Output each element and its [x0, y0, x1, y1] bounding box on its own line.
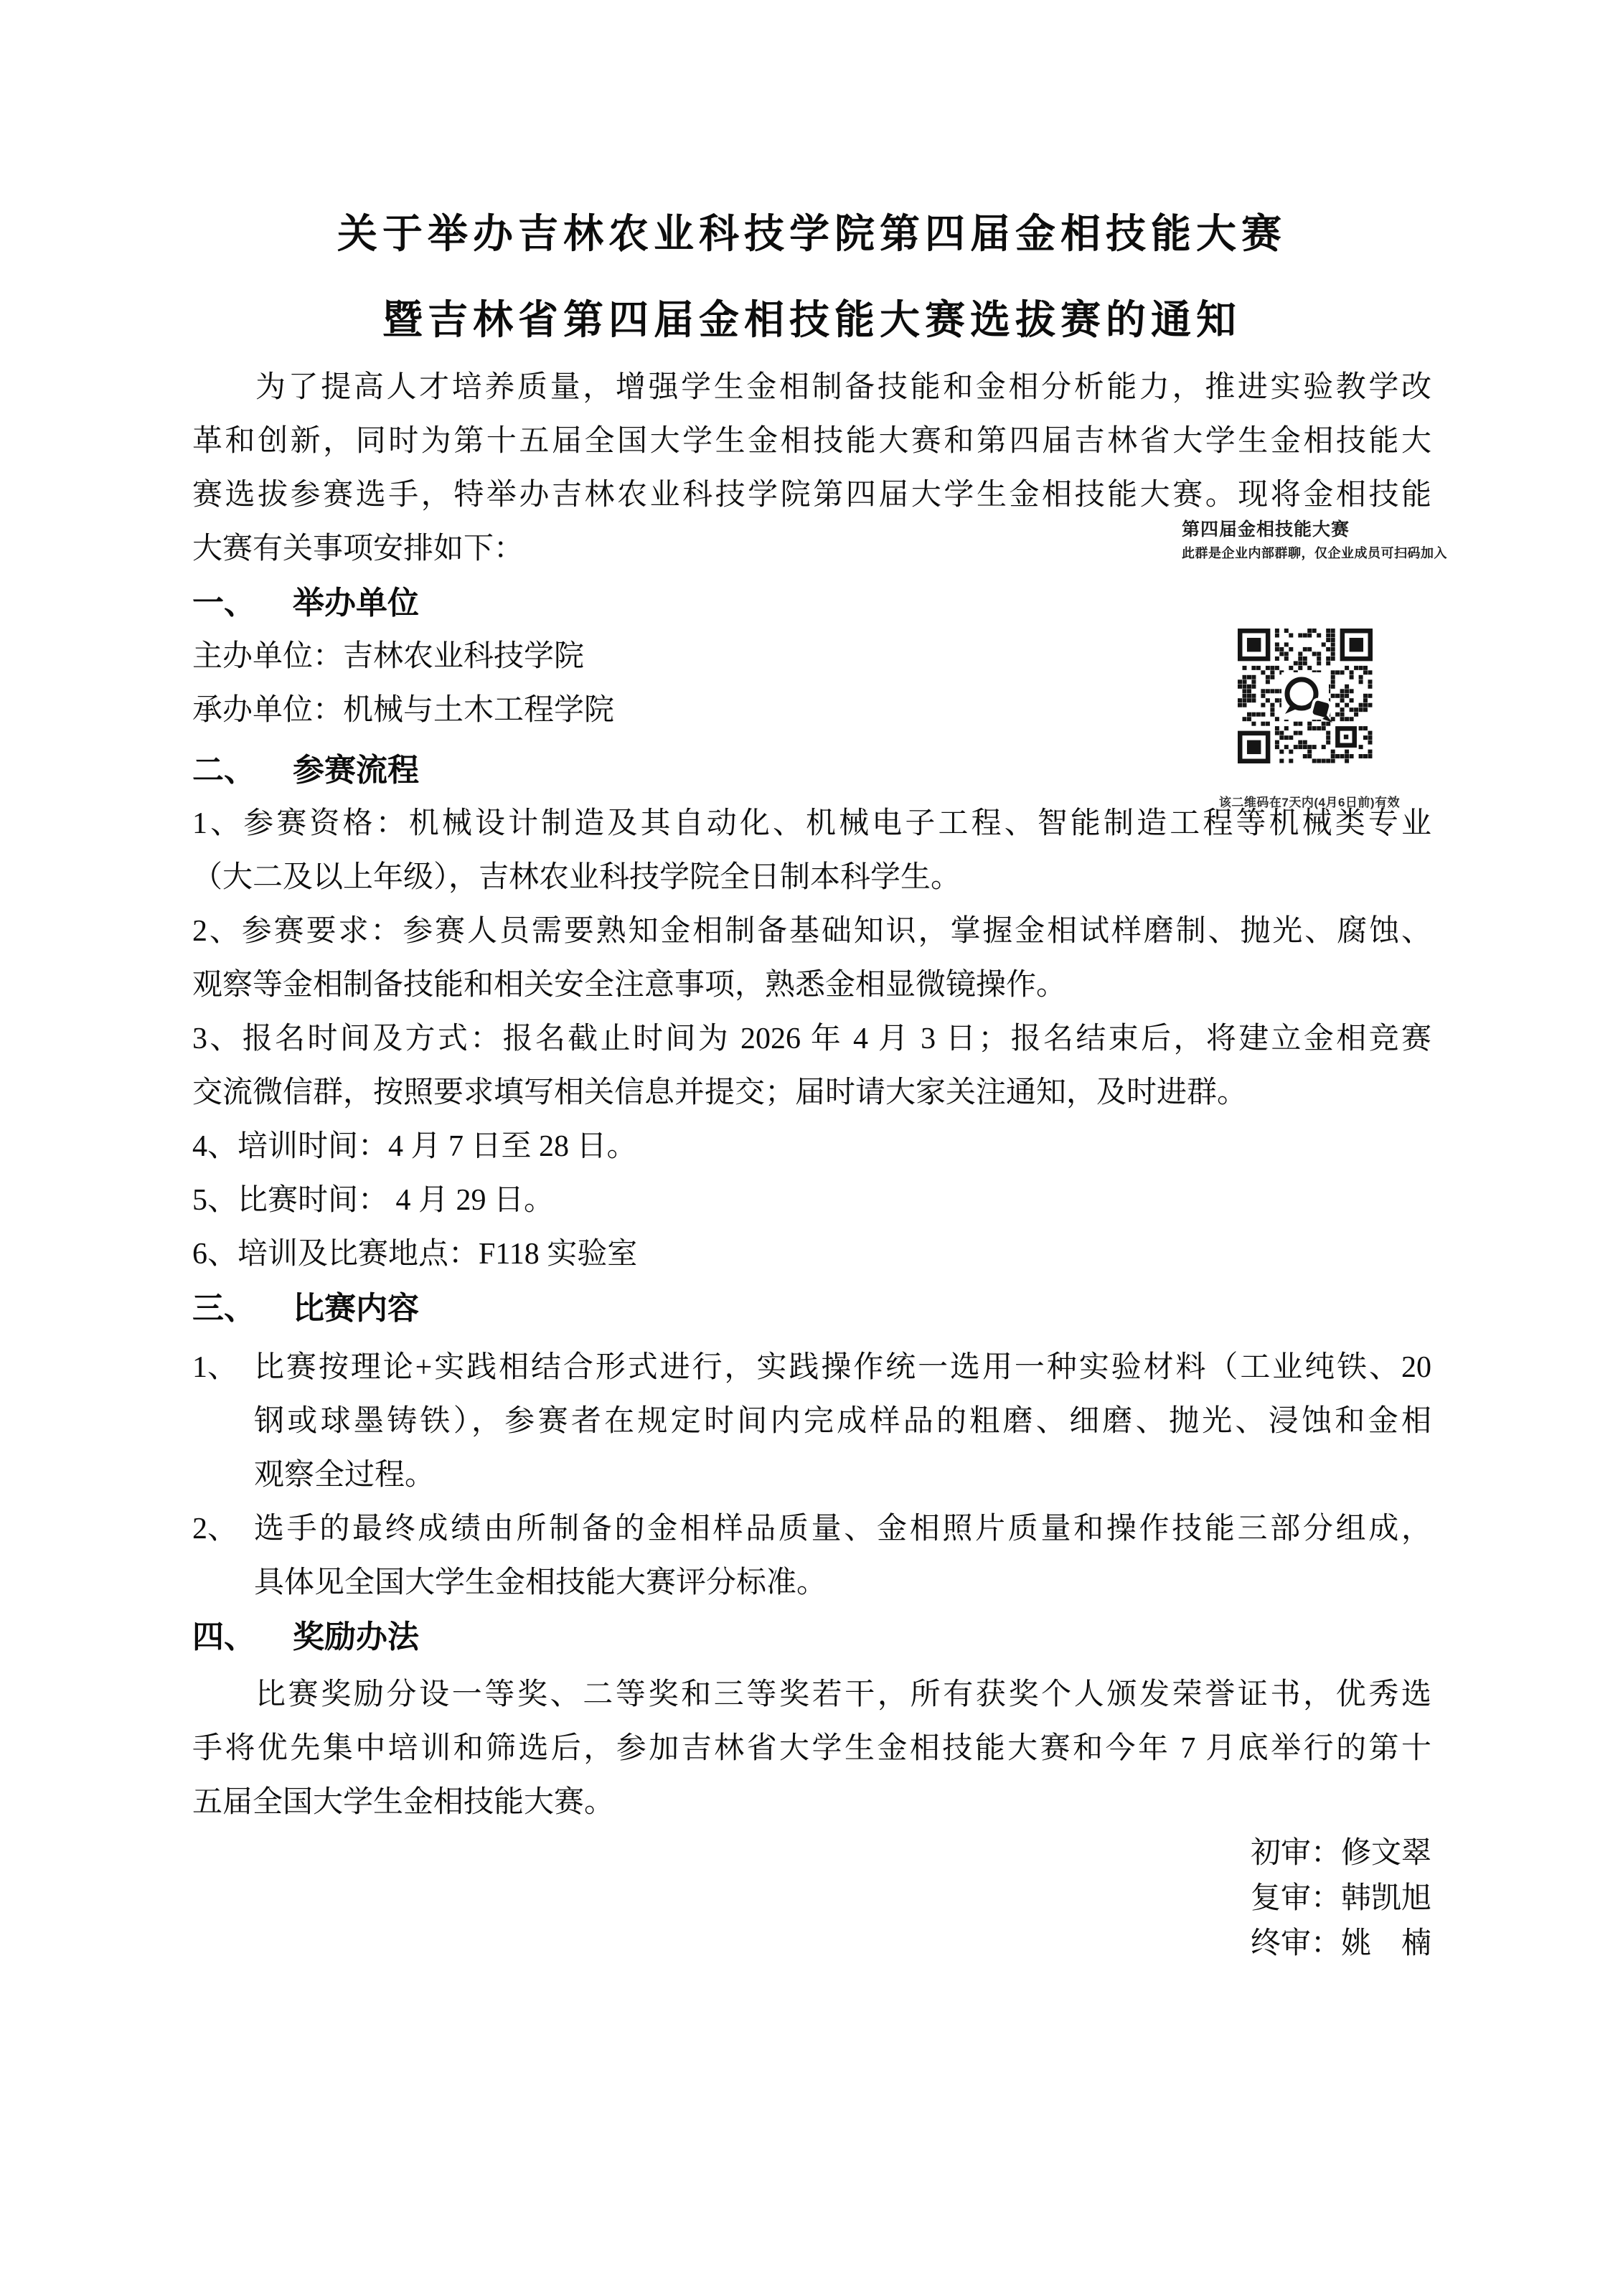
section-title: 举办单位	[293, 585, 419, 621]
signature-block: 初审：修文翠 复审：韩凯旭 终审：姚 楠	[192, 1831, 1431, 1967]
signature-line-final-review: 终审：姚 楠	[192, 1921, 1431, 1967]
section-heading-contest-content: 三、比赛内容	[192, 1281, 1431, 1335]
section-heading-awards: 四、奖励办法	[192, 1610, 1431, 1664]
contest-item-line: 选手的最终成绩由所制备的金相样品质量、金相照片质量和操作技能三部分组成，	[254, 1502, 1431, 1556]
signature-line-second-review: 复审：韩凯旭	[192, 1876, 1431, 1921]
list-marker: 2、	[192, 1502, 237, 1556]
intro-line: 赛选拔参赛选手，特举办吉林农业科技学院第四届大学生金相技能大赛。现将金相技能	[192, 469, 1431, 522]
section-contest-content: 1、 比赛按理论+实践相结合形式进行，实践操作统一选用一种实验材料（工业纯铁、2…	[192, 1341, 1431, 1610]
qr-panel-subtitle: 此群是企业内部群聊，仅企业成员可扫码加入	[1182, 544, 1454, 563]
qr-code-image	[1238, 629, 1373, 763]
procedure-line: 观察等金相制备技能和相关安全注意事项，熟悉金相显微镜操作。	[192, 959, 1431, 1012]
section-title: 比赛内容	[293, 1291, 419, 1326]
section-marker: 四、	[192, 1610, 293, 1664]
section-title: 奖励办法	[293, 1619, 419, 1655]
document-page: 关于举办吉林农业科技学院第四届金相技能大赛 暨吉林省第四届金相技能大赛选拔赛的通…	[0, 0, 1623, 2296]
section-title: 参赛流程	[293, 753, 419, 788]
contest-item-line: 钢或球墨铸铁），参赛者在规定时间内完成样品的粗磨、细磨、抛光、浸蚀和金相	[254, 1395, 1431, 1449]
section-marker: 三、	[192, 1281, 293, 1335]
section-marker: 一、	[192, 576, 293, 630]
document-body: 关于举办吉林农业科技学院第四届金相技能大赛 暨吉林省第四届金相技能大赛选拔赛的通…	[192, 208, 1431, 1967]
intro-line: 为了提高人才培养质量，增强学生金相制备技能和金相分析能力，推进实验教学改	[192, 361, 1431, 415]
contest-item-line: 观察全过程。	[254, 1449, 1431, 1502]
awards-line: 比赛奖励分设一等奖、二等奖和三等奖若干，所有获奖个人颁发荣誉证书，优秀选	[192, 1668, 1431, 1722]
awards-line: 手将优先集中培训和筛选后，参加吉林省大学生金相技能大赛和今年 7 月底举行的第十	[192, 1722, 1431, 1776]
procedure-line: 6、培训及比赛地点：F118 实验室	[192, 1228, 1431, 1281]
procedure-line: 交流微信群，按照要求填写相关信息并提交；届时请大家关注通知，及时进群。	[192, 1066, 1431, 1120]
document-title-line-2: 暨吉林省第四届金相技能大赛选拔赛的通知	[192, 294, 1431, 348]
procedure-line: 2、参赛要求：参赛人员需要熟知金相制备基础知识，掌握金相试样磨制、抛光、腐蚀、	[192, 905, 1431, 959]
section-awards: 比赛奖励分设一等奖、二等奖和三等奖若干，所有获奖个人颁发荣誉证书，优秀选 手将优…	[192, 1668, 1431, 1830]
contest-item: 2、 选手的最终成绩由所制备的金相样品质量、金相照片质量和操作技能三部分组成， …	[192, 1502, 1431, 1610]
qr-code	[1238, 629, 1373, 763]
document-title-line-1: 关于举办吉林农业科技学院第四届金相技能大赛	[192, 208, 1431, 262]
qr-validity-note: 该二维码在7天内(4月6日前)有效	[1214, 792, 1405, 810]
signature-line-first-review: 初审：修文翠	[192, 1831, 1431, 1876]
contest-item: 1、 比赛按理论+实践相结合形式进行，实践操作统一选用一种实验材料（工业纯铁、2…	[192, 1341, 1431, 1502]
procedure-line: 4、培训时间：4 月 7 日至 28 日。	[192, 1120, 1431, 1174]
qr-panel-title: 第四届金相技能大赛	[1182, 518, 1454, 541]
procedure-line: 3、报名时间及方式：报名截止时间为 2026 年 4 月 3 日；报名结束后，将…	[192, 1012, 1431, 1066]
intro-line: 革和创新，同时为第十五届全国大学生金相技能大赛和第四届吉林省大学生金相技能大	[192, 415, 1431, 469]
list-marker: 1、	[192, 1341, 237, 1395]
awards-line: 五届全国大学生金相技能大赛。	[192, 1776, 1431, 1830]
section-marker: 二、	[192, 743, 293, 797]
procedure-line: 5、比赛时间： 4 月 29 日。	[192, 1174, 1431, 1228]
qr-panel: 第四届金相技能大赛 此群是企业内部群聊，仅企业成员可扫码加入 该二维码在7天内(…	[1182, 518, 1454, 810]
contest-item-line: 比赛按理论+实践相结合形式进行，实践操作统一选用一种实验材料（工业纯铁、20	[254, 1341, 1431, 1395]
section-procedure: 1、参赛资格：机械设计制造及其自动化、机械电子工程、智能制造工程等机械类专业 （…	[192, 797, 1431, 1281]
contest-item-line: 具体见全国大学生金相技能大赛评分标准。	[254, 1556, 1431, 1610]
procedure-line: （大二及以上年级），吉林农业科技学院全日制本科学生。	[192, 851, 1431, 905]
